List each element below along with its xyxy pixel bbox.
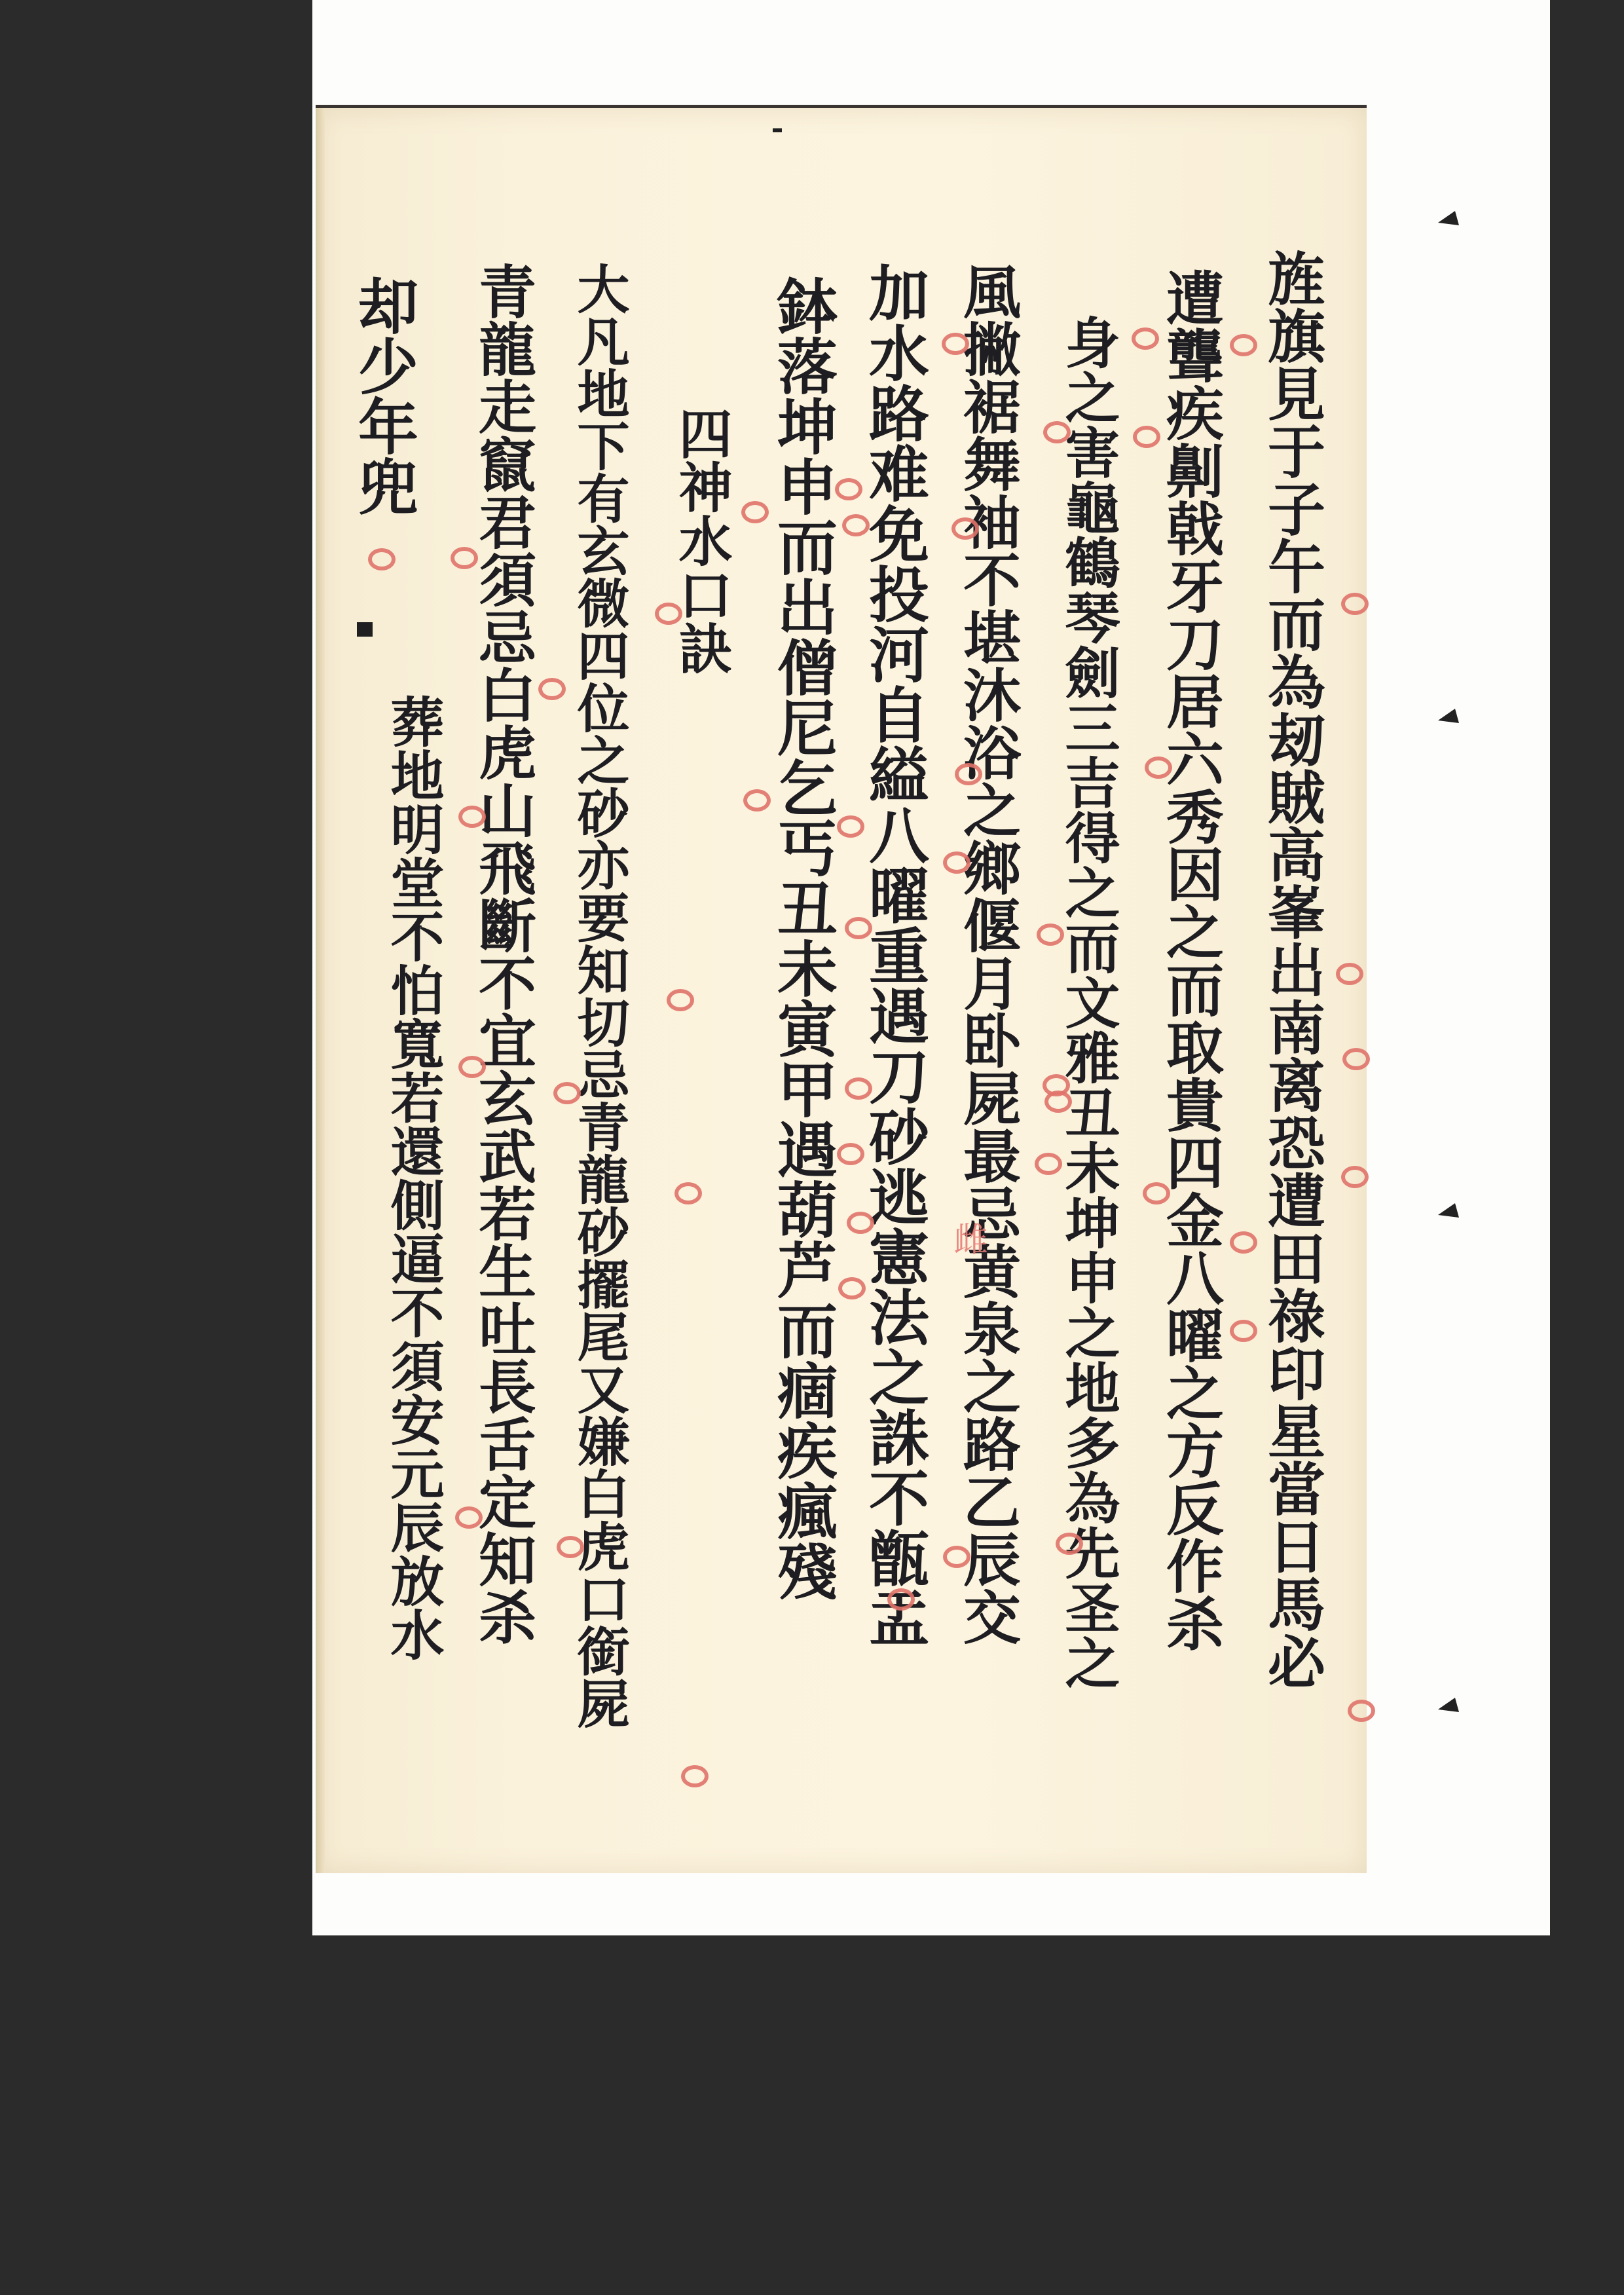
red-circle-punctuation-icon xyxy=(667,989,694,1011)
red-circle-punctuation-icon xyxy=(1145,756,1172,779)
punch-hole-icon xyxy=(1434,1695,1463,1717)
red-circle-punctuation-icon xyxy=(553,1082,581,1104)
punch-hole-icon xyxy=(1434,208,1463,231)
red-circle-punctuation-icon xyxy=(455,1506,483,1529)
text-column-11: 却少年兜 xyxy=(354,275,414,668)
red-circle-punctuation-icon xyxy=(1230,1231,1257,1254)
red-circle-punctuation-icon xyxy=(845,1077,872,1100)
text-column-4: 風撇裾舞袖不堪沐浴之鄉偃月卧屍最忌黄泉之路乙辰交 xyxy=(959,262,1017,1768)
red-circle-punctuation-icon xyxy=(538,678,566,700)
red-circle-punctuation-icon xyxy=(1044,1091,1072,1113)
red-circle-punctuation-icon xyxy=(681,1765,709,1787)
red-circle-punctuation-icon xyxy=(837,1143,864,1165)
ink-speck xyxy=(773,128,782,132)
text-column-5: 加水路难免投河自縊八曜重遇刀砂逃憲法之誅不甑盂 xyxy=(864,262,925,1768)
punch-hole-icon xyxy=(1434,1201,1463,1223)
text-column-2: 遭聾疾劓戟牙刀居六秀因之而取貴四金八曜之方反作杀 xyxy=(1162,269,1220,1775)
red-circle-punctuation-icon xyxy=(368,548,396,570)
red-circle-punctuation-icon xyxy=(1132,327,1159,350)
red-circle-punctuation-icon xyxy=(1035,1153,1062,1175)
red-circle-punctuation-icon xyxy=(1037,924,1064,946)
red-circle-punctuation-icon xyxy=(458,1056,486,1078)
text-column-10: 葬地明堂不怕寬若還側逼不須安元辰放水 xyxy=(386,694,440,1775)
red-circle-punctuation-icon xyxy=(1342,1048,1370,1070)
red-circle-punctuation-icon xyxy=(458,806,486,828)
red-circle-punctuation-icon xyxy=(943,1546,970,1568)
red-circle-punctuation-icon xyxy=(741,501,769,523)
red-circle-punctuation-icon xyxy=(845,917,872,939)
punch-hole-icon xyxy=(1434,706,1463,728)
red-circle-punctuation-icon xyxy=(1348,1700,1375,1722)
red-circle-punctuation-icon xyxy=(951,517,979,540)
red-circle-punctuation-icon xyxy=(557,1536,584,1558)
red-circle-punctuation-icon xyxy=(1341,1166,1369,1188)
red-marginal-note: 雌 xyxy=(943,1222,992,1256)
red-circle-punctuation-icon xyxy=(837,815,864,838)
red-circle-punctuation-icon xyxy=(942,333,969,355)
red-circle-punctuation-icon xyxy=(1056,1533,1083,1555)
red-circle-punctuation-icon xyxy=(887,1588,915,1611)
red-circle-punctuation-icon xyxy=(838,1277,866,1299)
red-circle-punctuation-icon xyxy=(1336,963,1363,985)
red-circle-punctuation-icon xyxy=(835,478,862,500)
text-column-3: 身之害龜鶴琴劍三吉得之而文雅丑未坤申之地多為先圣之 xyxy=(1061,314,1116,1821)
text-column-9: 青龍走竄君須忌白虎山飛斷不宜玄武若生吐長舌定知杀 xyxy=(475,262,532,1768)
binding-edge xyxy=(316,108,325,1873)
red-circle-punctuation-icon xyxy=(1341,593,1369,615)
section-heading: 四神水口訣 xyxy=(674,406,728,799)
red-circle-punctuation-icon xyxy=(674,1182,702,1204)
red-circle-punctuation-icon xyxy=(943,851,970,874)
red-circle-punctuation-icon xyxy=(1230,334,1257,356)
red-circle-punctuation-icon xyxy=(1230,1320,1257,1342)
red-circle-punctuation-icon xyxy=(955,763,982,785)
text-column-1: 旌旗見于子午而為刼賊高峯出南离恐遭田祿印星當日馬必 xyxy=(1264,249,1321,1952)
red-circle-punctuation-icon xyxy=(1043,421,1071,443)
red-circle-punctuation-icon xyxy=(1143,1182,1170,1204)
red-circle-punctuation-icon xyxy=(847,1212,874,1234)
red-circle-punctuation-icon xyxy=(743,789,771,812)
red-circle-punctuation-icon xyxy=(842,514,870,536)
red-circle-punctuation-icon xyxy=(451,547,478,569)
red-circle-punctuation-icon xyxy=(1133,426,1160,448)
red-circle-punctuation-icon xyxy=(655,603,682,625)
text-column-6: 鉢落坤申而出僧尼乞丐丑未寅甲遇葫芦而痼疾瘋殘 xyxy=(773,275,833,1716)
end-marker xyxy=(357,622,373,637)
